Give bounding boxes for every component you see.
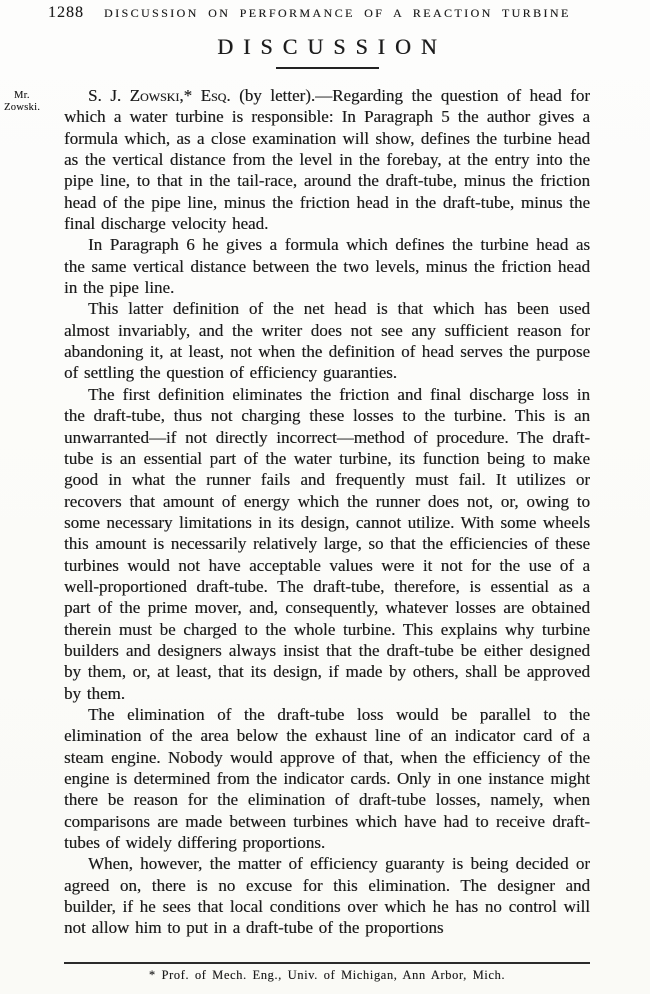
body-paragraph: When, however, the matter of efficiency … <box>64 853 590 938</box>
speaker-name: S. J. Zowski,* Esq. <box>88 86 231 105</box>
body-paragraph: This latter definition of the net head i… <box>64 298 590 383</box>
speaker-paragraph-text: (by letter).—Regarding the question of h… <box>64 86 590 233</box>
body-paragraph: The first definition eliminates the fric… <box>64 384 590 704</box>
margin-note-line2: Zowski. <box>4 102 60 114</box>
body-paragraph: The elimination of the draft-tube loss w… <box>64 704 590 853</box>
title-rule <box>276 67 379 69</box>
title-block: DISCUSSION <box>64 34 590 69</box>
page-number: 1288 <box>48 4 84 22</box>
body-text: S. J. Zowski,* Esq. (by letter).—Regardi… <box>64 85 590 961</box>
speaker-paragraph: S. J. Zowski,* Esq. (by letter).—Regardi… <box>64 85 590 234</box>
body-paragraph: In Paragraph 6 he gives a formula which … <box>64 234 590 298</box>
section-title: DISCUSSION <box>64 34 590 60</box>
footnote-rule <box>64 962 590 964</box>
document-page: 1288 DISCUSSION ON PERFORMANCE OF A REAC… <box>0 0 650 994</box>
margin-note-line1: Mr. <box>4 90 60 102</box>
running-header: 1288 DISCUSSION ON PERFORMANCE OF A REAC… <box>48 4 610 22</box>
footnote: * Prof. of Mech. Eng., Univ. of Michigan… <box>64 968 590 983</box>
margin-note-speaker: Mr. Zowski. <box>4 90 60 114</box>
running-head-title: DISCUSSION ON PERFORMANCE OF A REACTION … <box>104 6 571 21</box>
